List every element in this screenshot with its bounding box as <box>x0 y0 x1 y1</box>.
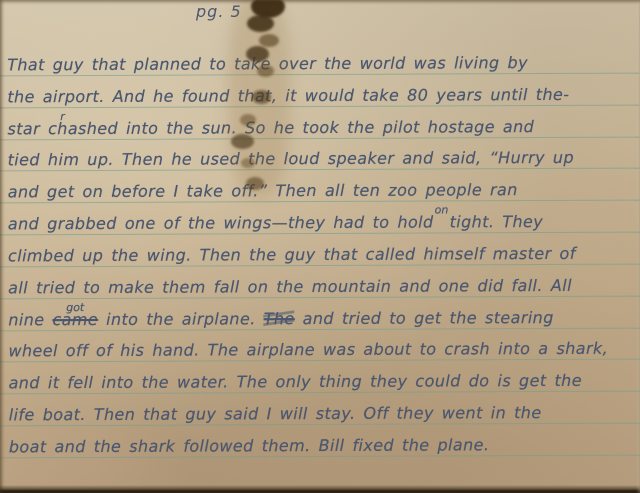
handwriting-text: tied him up. Then he used the loud speak… <box>8 148 574 169</box>
handwriting-text: life boat. Then that guy said I will sta… <box>9 403 542 424</box>
text-line: and it fell into the water. The only thi… <box>0 360 640 395</box>
handwriting-text: tight. They <box>450 212 544 231</box>
text-line: the airport. And he found that, it would… <box>0 73 639 108</box>
handwriting-text: rh <box>57 119 68 138</box>
text-line: and grabbed one of the wings—they had to… <box>0 201 640 236</box>
text-line: all tried to make them fall on the mount… <box>0 265 640 300</box>
handwriting-text: wheel off of his hand. The airplane was … <box>8 339 608 361</box>
text-line: star crhashed into the sun. So he took t… <box>0 105 640 140</box>
handwriting-text: into the airplane. <box>98 309 264 329</box>
text-line: wheel off of his hand. The airplane was … <box>0 328 640 363</box>
coffee-stain <box>247 15 274 32</box>
handwriting-text: and it fell into the water. The only thi… <box>9 371 582 393</box>
text-line: tied him up. Then he used the loud speak… <box>0 137 640 172</box>
handwriting-text: climbed up the wing. Then the guy that c… <box>8 244 576 265</box>
text-lines: That guy that planned to take over the w… <box>0 42 640 459</box>
text-line: life boat. Then that guy said I will sta… <box>1 392 640 427</box>
text-line: nine gotcame into the airplane. The and … <box>0 296 640 331</box>
handwriting-text: the airport. And he found that, it would… <box>7 85 569 106</box>
handwriting-text: nine <box>8 310 52 329</box>
page-bottom-edge <box>0 485 640 493</box>
inserted-word-above: on <box>435 204 449 217</box>
handwriting-text: and get on before I take off.” Then all … <box>8 180 518 201</box>
struck-out-word: gotcame <box>52 310 98 329</box>
handwritten-notebook-page: pg. 5 That guy that planned to take over… <box>0 0 640 493</box>
handwriting-text: ashed into the sun. So he took the pilot… <box>68 117 535 138</box>
handwriting-text: That guy that planned to take over the w… <box>7 53 528 74</box>
inserted-word-above: got <box>66 301 84 314</box>
handwriting-text: and tried to get the stearing <box>295 308 554 328</box>
scribbled-out-word: The <box>264 309 295 328</box>
handwriting-text: star c <box>7 119 57 138</box>
page-number-label: pg. 5 <box>196 2 242 21</box>
handwriting-text: and grabbed one of the wings—they had to… <box>8 213 434 234</box>
handwriting-text: all tried to make them fall on the mount… <box>8 276 572 297</box>
handwriting-text: on <box>434 212 450 231</box>
handwriting-text: boat and the shark followed them. Bill f… <box>9 435 490 456</box>
text-line: boat and the shark followed them. Bill f… <box>1 424 640 459</box>
text-line: climbed up the wing. Then the guy that c… <box>0 233 640 268</box>
coffee-stain <box>251 0 285 18</box>
text-line: and get on before I take off.” Then all … <box>0 169 640 204</box>
inserted-word-above: r <box>60 110 65 123</box>
text-line: That guy that planned to take over the w… <box>0 42 639 77</box>
